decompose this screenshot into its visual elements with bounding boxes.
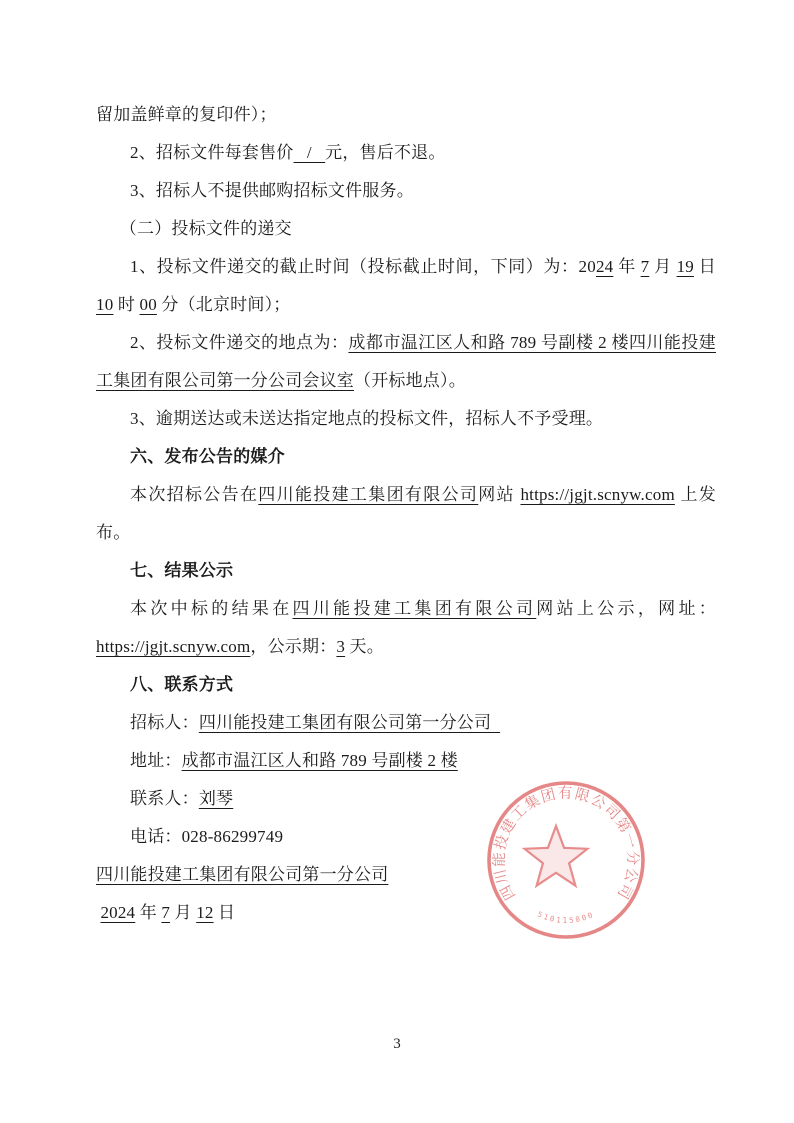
underlined-text: 24: [596, 257, 613, 276]
para-section2-subtitle: （二）投标文件的递交: [96, 210, 716, 248]
text-segment: 本次中标的结果在: [130, 599, 293, 618]
signature-date: 2024 年 7 月 12 日: [96, 894, 716, 932]
underlined-text: 四川能投建工集团有限公司: [258, 485, 478, 504]
text-segment: 联系人：: [130, 789, 199, 808]
text-segment: 1、投标文件递交的截止时间（投标截止时间，下同）为：20: [130, 257, 596, 276]
text-segment: 2、投标文件递交的地点为：: [130, 333, 348, 352]
document-body: 留加盖鲜章的复印件）；2、招标文件每套售价 / 元，售后不退。3、招标人不提供邮…: [96, 96, 716, 932]
underlined-text: 10: [96, 295, 113, 314]
underlined-text: 7: [161, 903, 170, 922]
underlined-text: 四川能投建工集团有限公司: [293, 599, 537, 618]
text-segment: 分（北京时间）；: [157, 295, 291, 314]
text-segment: 年: [613, 257, 640, 276]
text-segment: 日: [694, 257, 716, 276]
text-segment: 时: [113, 295, 139, 314]
underlined-text: 7: [641, 257, 650, 276]
underlined-text: 19: [677, 257, 694, 276]
text-segment: 月: [649, 257, 676, 276]
para-no-mail-order: 3、招标人不提供邮购招标文件服务。: [96, 172, 716, 210]
text-segment: 留加盖鲜章的复印件）；: [96, 105, 277, 124]
para-submission-place: 2、投标文件递交的地点为：成都市温江区人和路 789 号副楼 2 楼四川能投建工…: [96, 324, 716, 400]
text-segment: 元，售后不退。: [325, 143, 445, 162]
contact-tenderer: 招标人：四川能投建工集团有限公司第一分公司: [96, 704, 716, 742]
para-doc-price: 2、招标文件每套售价 / 元，售后不退。: [96, 134, 716, 172]
text-segment: 本次招标公告在: [130, 485, 258, 504]
heading-result-publicity: 七、结果公示: [96, 552, 716, 590]
text-segment: 电话：028-86299749: [130, 827, 283, 846]
underlined-text: https://jgjt.scnyw.com: [520, 485, 674, 504]
contact-person: 联系人：刘琴: [96, 780, 716, 818]
text-segment: 日: [214, 903, 236, 922]
text-segment: 3、逾期送达或未送达指定地点的投标文件，招标人不予受理。: [130, 409, 603, 428]
underlined-text: /: [294, 143, 326, 162]
underlined-text: 12: [196, 903, 213, 922]
text-segment: 七、结果公示: [130, 561, 233, 580]
text-segment: 月: [170, 903, 196, 922]
text-segment: 招标人：: [130, 713, 199, 732]
para-submission-deadline: 1、投标文件递交的截止时间（投标截止时间，下同）为：2024 年 7 月 19 …: [96, 248, 716, 324]
text-segment: 网站上公示，网址：: [536, 599, 716, 618]
para-announcement-media: 本次招标公告在四川能投建工集团有限公司网站 https://jgjt.scnyw…: [96, 476, 716, 552]
text-segment: 年: [135, 903, 161, 922]
para-seal-copy: 留加盖鲜章的复印件）；: [96, 96, 716, 134]
text-segment: 网站: [478, 485, 520, 504]
contact-address: 地址：成都市温江区人和路 789 号副楼 2 楼: [96, 742, 716, 780]
underlined-text: 00: [140, 295, 157, 314]
text-segment: （二）投标文件的递交: [120, 219, 292, 238]
underlined-text: 3: [336, 637, 345, 656]
text-segment: 天。: [345, 637, 384, 656]
para-result-publicity: 本次中标的结果在四川能投建工集团有限公司网站上公示，网址：https://jgj…: [96, 590, 716, 666]
underlined-text: 成都市温江区人和路 789 号副楼 2 楼: [182, 751, 458, 770]
underlined-text: 四川能投建工集团有限公司第一分公司: [199, 713, 500, 732]
heading-contact: 八、联系方式: [96, 666, 716, 704]
underlined-text: 四川能投建工集团有限公司第一分公司: [96, 865, 388, 884]
underlined-text: https://jgjt.scnyw.com: [96, 637, 250, 656]
document-page: 留加盖鲜章的复印件）；2、招标文件每套售价 / 元，售后不退。3、招标人不提供邮…: [0, 0, 794, 1123]
underlined-text: 2024: [100, 903, 135, 922]
text-segment: 3、招标人不提供邮购招标文件服务。: [130, 181, 414, 200]
text-segment: （开标地点）。: [354, 371, 466, 390]
text-segment: 六、发布公告的媒介: [130, 447, 285, 466]
text-segment: 地址：: [130, 751, 182, 770]
heading-announcement-media: 六、发布公告的媒介: [96, 438, 716, 476]
signature-company: 四川能投建工集团有限公司第一分公司: [96, 856, 716, 894]
text-segment: ，公示期：: [250, 637, 336, 656]
underlined-text: 刘琴: [199, 789, 233, 808]
text-segment: 八、联系方式: [130, 675, 233, 694]
contact-phone: 电话：028-86299749: [96, 818, 716, 856]
text-segment: 2、招标文件每套售价: [130, 143, 294, 162]
para-overdue: 3、逾期送达或未送达指定地点的投标文件，招标人不予受理。: [96, 400, 716, 438]
page-number: 3: [0, 1036, 794, 1053]
